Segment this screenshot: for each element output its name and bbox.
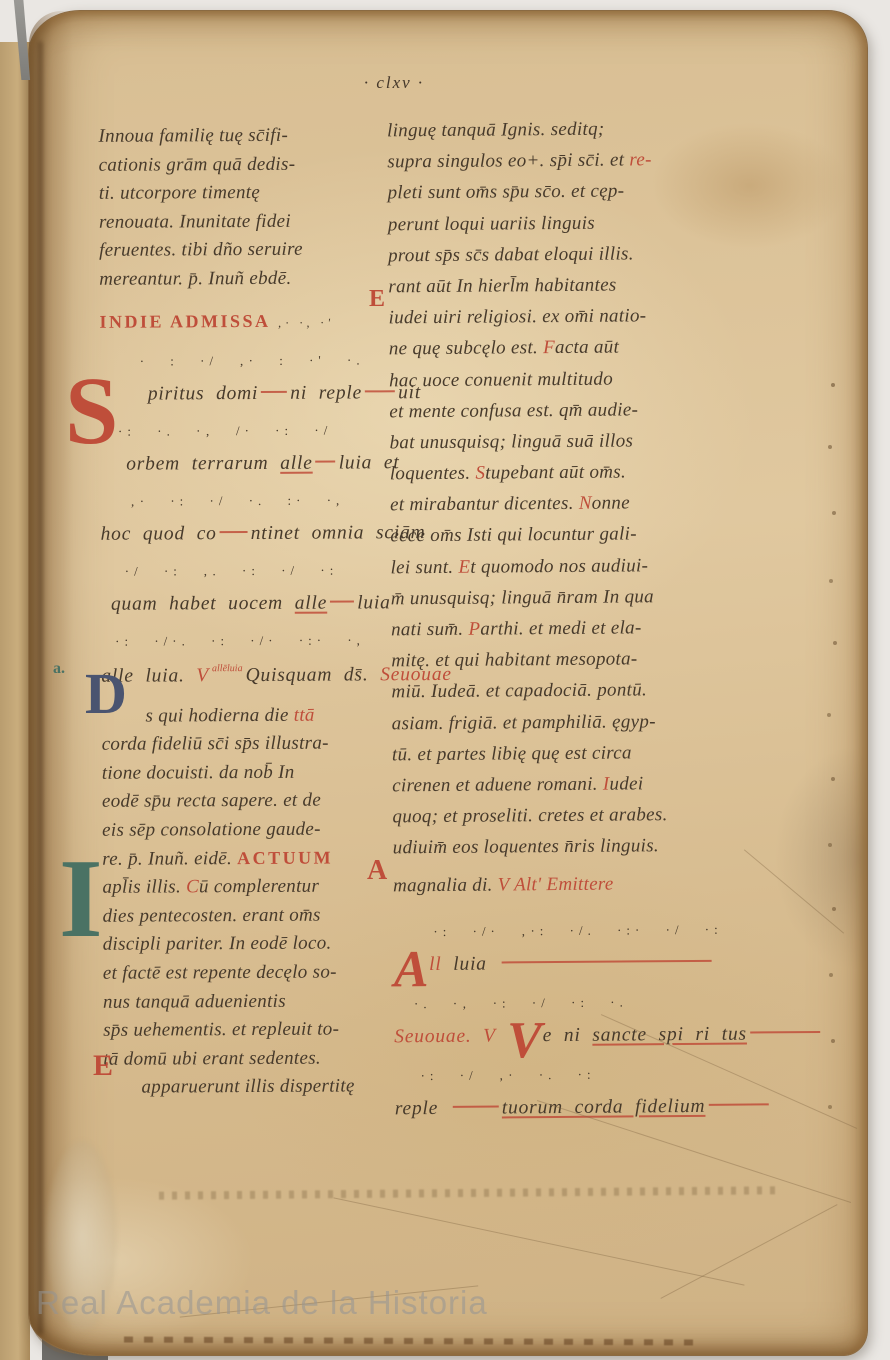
text-segment: INDIE ADMISSA bbox=[99, 310, 270, 331]
text-line: cirenen et aduene romani. Iudei bbox=[392, 773, 732, 807]
text-segment: ne quę subcęlo est. bbox=[389, 337, 543, 359]
text-segment: s qui hodierna die bbox=[145, 704, 293, 726]
text-segment: C bbox=[186, 876, 199, 897]
text-line: supra singulos eo+. sp̄i sc̄i. et re- bbox=[387, 149, 727, 183]
text-segment: perunt loqui uariis linguis bbox=[388, 212, 595, 235]
text-segment: rant aūt In hierl̄m habitantes bbox=[388, 274, 616, 297]
text-line: Seuouae. V Ve ni sancte spi ri tus bbox=[394, 1023, 734, 1062]
neume-line: ‚· ·: ·/ ·. :· ·, bbox=[100, 486, 402, 524]
folio-number: · clxv · bbox=[329, 73, 459, 93]
text-line: re. p̄. Inuñ. eidē. ACTUUM bbox=[102, 847, 404, 877]
text-segment: e ni bbox=[543, 1024, 593, 1045]
text-segment: m̄ unusquisq; linguā n̄ram In qua bbox=[391, 586, 654, 609]
text-line: et mente confusa est. qm̄ audie- bbox=[389, 398, 729, 432]
text-segment: sp̄s uehementis. et repleuit to- bbox=[103, 1019, 339, 1041]
text-segment: apl̄is illis. bbox=[102, 876, 186, 897]
text-segment: V Alt' Emittere bbox=[498, 873, 614, 895]
text-segment: ū complerentur bbox=[199, 876, 319, 898]
text-segment: piritus domi bbox=[148, 383, 259, 405]
initial-e-apparuerunt: E bbox=[93, 1051, 113, 1081]
text-line: tū. et partes libię quę est circa bbox=[392, 741, 732, 775]
scratch-mark bbox=[660, 1204, 837, 1299]
text-line: rant aūt In hierl̄m habitantes bbox=[388, 274, 728, 308]
facing-page-edge bbox=[0, 42, 30, 1360]
rubric-line: INDIE ADMISSA ‚· ·, ·' bbox=[99, 310, 401, 348]
text-segment: alle bbox=[295, 592, 328, 613]
text-line: Innoua familię tuę sc̄ifi- bbox=[98, 124, 400, 154]
text-segment: ·. ·‚ ·: ·/ ·: ·. bbox=[414, 994, 628, 1011]
text-segment: ll bbox=[429, 954, 442, 975]
text-segment: ‚· ·: ·/ ·. :· ·, bbox=[130, 492, 344, 508]
text-line: et factē est repente decęlo so- bbox=[103, 961, 405, 991]
text-segment: luia bbox=[357, 592, 391, 613]
text-line: eodē sp̄u recta sapere. et de bbox=[102, 790, 404, 820]
text-segment: udiuim̄ eos loquentes n̄ris linguis. bbox=[393, 836, 659, 859]
text-segment: ni reple bbox=[290, 382, 362, 403]
prick-marks bbox=[831, 383, 835, 387]
text-line: feruentes. tibi dño seruire bbox=[99, 239, 401, 269]
text-segment: cirenen et aduene romani. bbox=[392, 774, 603, 797]
text-line: lei sunt. Et quomodo nos audiui- bbox=[390, 554, 730, 588]
text-line: renouata. Inunitate fidei bbox=[99, 210, 401, 240]
text-segment: hoc quod co bbox=[101, 523, 217, 545]
text-segment: F bbox=[543, 337, 555, 358]
initial-s-spiritus: S bbox=[65, 363, 118, 459]
text-segment: acta aūt bbox=[555, 337, 619, 359]
text-segment: onne bbox=[592, 493, 630, 514]
text-segment: pleti sunt om̄s sp̄u sc̄o. et cęp- bbox=[388, 181, 625, 204]
text-segment: cationis grām quā dedis- bbox=[99, 153, 296, 175]
text-segment: lei sunt. bbox=[390, 556, 458, 578]
text-line: iudei uiri religiosi. ex om̄i natio- bbox=[388, 305, 728, 339]
text-line: perunt loqui uariis linguis bbox=[388, 211, 728, 245]
text-segment: Quisquam ds̄. bbox=[246, 664, 381, 686]
text-segment: ·: ·/· ‚·: ·/. ·:· ·/ ·: bbox=[433, 921, 722, 938]
neume-line: ·: ·/· ‚·: ·/. ·:· ·/ ·: bbox=[393, 915, 733, 954]
scratch-mark bbox=[333, 1197, 744, 1285]
text-line: magnalia di. V Alt' Emittere bbox=[393, 872, 733, 906]
text-line: tā domū ubi erant sedentes. bbox=[103, 1047, 405, 1077]
text-segment: ·: ·/·. ·: ·/· ·:· ·, bbox=[115, 632, 365, 648]
text-segment: allēluia bbox=[212, 663, 243, 674]
text-segment: quam habet uocem bbox=[111, 592, 295, 614]
text-segment: iudei uiri religiosi. ex om̄i natio- bbox=[388, 305, 646, 328]
text-segment: ACTUUM bbox=[237, 847, 333, 868]
text-segment: N bbox=[579, 493, 592, 514]
text-segment: ttā bbox=[294, 704, 315, 725]
red-filler-line bbox=[708, 1103, 768, 1105]
text-segment: tā domū ubi erant sedentes. bbox=[103, 1047, 321, 1069]
text-line: udiuim̄ eos loquentes n̄ris linguis. bbox=[393, 835, 733, 869]
text-line: ne quę subcęlo est. Facta aūt bbox=[389, 336, 729, 370]
text-segment: prout sp̄s sc̄s dabat eloqui illis. bbox=[388, 243, 634, 266]
text-segment: feruentes. tibi dño seruire bbox=[99, 239, 303, 261]
text-segment: alle bbox=[280, 452, 313, 473]
text-segment: nati sum̄. bbox=[391, 619, 469, 641]
text-segment: eis sēp consolatione gaude- bbox=[102, 819, 321, 841]
neume-line: ·: ·/ ‚· ·. ·: bbox=[394, 1059, 734, 1098]
text-line: ti. utcorpore timentę bbox=[99, 181, 401, 211]
text-segment: Innoua familię tuę sc̄ifi- bbox=[98, 125, 288, 147]
text-segment: tupebant aūt om̄s. bbox=[485, 462, 626, 484]
text-line: s qui hodierna die ttā bbox=[101, 704, 403, 734]
text-segment: asiam. frigiā. et pamphiliā. ęgyp- bbox=[392, 711, 656, 734]
text-line: et mirabantur dicentes. Nonne bbox=[390, 492, 730, 526]
text-segment: mitę. et qui habitant mesopota- bbox=[391, 649, 637, 672]
text-line: corda fideliū sc̄i sp̄s illustra- bbox=[102, 732, 404, 762]
text-line: asiam. frigiā. et pamphiliā. ęgyp- bbox=[392, 710, 732, 744]
text-segment: arthi. et medi et ela- bbox=[480, 617, 641, 639]
red-filler-line bbox=[750, 1031, 820, 1034]
show-through-marks bbox=[159, 1186, 779, 1199]
text-segment: apparuerunt illis dispertitę bbox=[141, 1076, 354, 1098]
text-segment: loquentes. bbox=[390, 463, 476, 485]
gutter-crease bbox=[38, 41, 43, 1335]
text-segment: ·: ·. ·‚ /· ·: ·/ bbox=[118, 422, 332, 438]
text-line: miū. Iudeā. et capadociā. pontū. bbox=[391, 679, 731, 713]
text-segment: ·: ·/ ‚· ·. ·: bbox=[420, 1066, 595, 1082]
text-segment: V bbox=[196, 665, 209, 686]
text-segment: re. p̄. Inuñ. eidē. bbox=[102, 848, 237, 870]
red-filler-line bbox=[501, 960, 711, 964]
text-line: eis sēp consolatione gaude- bbox=[102, 818, 404, 848]
text-segment: tū. et partes libię quę est circa bbox=[392, 742, 632, 765]
text-segment: · : ·/ ‚· : ·' ·. bbox=[140, 352, 365, 368]
text-line: alle luia. VallēluiaQuisquam ds̄. Seuoua… bbox=[101, 662, 403, 698]
red-filler-line bbox=[316, 460, 336, 462]
marginal-initial-a-audivimus: A bbox=[367, 857, 387, 885]
text-segment: renouata. Inunitate fidei bbox=[99, 211, 291, 233]
text-segment: discipli pariter. In eodē loco. bbox=[103, 933, 332, 955]
text-segment: supra singulos eo+. sp̄i sc̄i. et bbox=[387, 150, 629, 173]
text-segment: E bbox=[458, 556, 470, 577]
text-segment: dies pentecosten. erant om̄s bbox=[103, 904, 321, 926]
marginal-initial-e-erant: E bbox=[369, 287, 385, 311]
text-line: bat unusquisq; linguā suā illos bbox=[389, 430, 729, 464]
text-line: All luia bbox=[394, 951, 734, 990]
text-line: sp̄s uehementis. et repleuit to- bbox=[103, 1018, 405, 1048]
text-segment: tuorum corda fidelium bbox=[502, 1096, 706, 1119]
text-line: apparuerunt illis dispertitę bbox=[103, 1075, 405, 1105]
text-segment: re- bbox=[629, 149, 652, 170]
text-line: pleti sunt om̄s sp̄u sc̄o. et cęp- bbox=[388, 180, 728, 214]
text-segment: et mente confusa est. qm̄ audie- bbox=[389, 399, 638, 422]
text-segment: tione docuisti. da nob̄ In bbox=[102, 762, 295, 784]
text-line: quam habet uocem alleluia bbox=[101, 592, 403, 628]
manuscript-scan: · clxv · Innoua familię tuę sc̄ifi-catio… bbox=[0, 0, 890, 1360]
text-line: linguę tanquā Ignis. seditq; bbox=[387, 118, 727, 152]
text-segment: magnalia di. bbox=[393, 874, 498, 896]
text-line: piritus domini repleuit bbox=[100, 382, 402, 418]
text-line: mitę. et qui habitant mesopota- bbox=[391, 648, 731, 682]
text-segment: nus tanquā aduenientis bbox=[103, 990, 286, 1012]
initial-d-deus: D bbox=[85, 665, 127, 723]
neume-line: ·/ ·: ‚. ·: ·/ ·: bbox=[101, 556, 403, 594]
text-line: prout sp̄s sc̄s dabat eloqui illis. bbox=[388, 242, 728, 276]
neume-line: ·: ·. ·‚ /· ·: ·/ bbox=[100, 416, 402, 454]
text-line: reple tuorum corda fidelium bbox=[395, 1095, 735, 1134]
text-line: hoc quod continet omnia sciām bbox=[101, 522, 403, 558]
text-segment: sancte spi ri tus bbox=[592, 1023, 747, 1045]
text-segment: quoq; et proseliti. cretes et arabes. bbox=[392, 804, 667, 827]
text-segment: P bbox=[468, 619, 480, 640]
neume-line: · : ·/ ‚· : ·' ·. bbox=[100, 346, 402, 384]
text-line: nus tanquā aduenientis bbox=[103, 990, 405, 1020]
text-segment: ti. utcorpore timentę bbox=[99, 182, 260, 204]
text-line: nati sum̄. Parthi. et medi et ela- bbox=[391, 617, 731, 651]
text-line: hac uoce conuenit multitudo bbox=[389, 367, 729, 401]
red-filler-line bbox=[330, 600, 354, 602]
text-column-left: Innoua familię tuę sc̄ifi-cationis grām … bbox=[98, 124, 405, 1105]
text-segment: orbem terrarum bbox=[126, 452, 280, 474]
text-segment: ecce om̄s Isti qui locuntur gali- bbox=[390, 524, 637, 547]
text-line: orbem terrarum alleluia et bbox=[100, 452, 402, 488]
manuscript-page: · clxv · Innoua familię tuę sc̄ifi-catio… bbox=[28, 10, 868, 1356]
text-column-right: linguę tanquā Ignis. seditq;supra singul… bbox=[387, 118, 735, 1134]
text-segment: reple bbox=[395, 1098, 450, 1119]
text-segment: mereantur. p̄. Inuñ ebdē. bbox=[99, 268, 291, 290]
text-segment: luia bbox=[441, 953, 498, 974]
text-line: discipli pariter. In eodē loco. bbox=[103, 933, 405, 963]
text-segment: t quomodo nos audiui- bbox=[470, 555, 648, 577]
text-segment: ·/ ·: ‚. ·: ·/ ·: bbox=[125, 562, 339, 578]
red-filler-line bbox=[261, 390, 287, 392]
text-segment: corda fideliū sc̄i sp̄s illustra- bbox=[102, 733, 329, 755]
text-line: apl̄is illis. Cū complerentur bbox=[102, 875, 404, 905]
text-segment: et mirabantur dicentes. bbox=[390, 493, 579, 515]
text-line: m̄ unusquisq; linguā n̄ram In qua bbox=[391, 585, 731, 619]
neume-line: ·: ·/·. ·: ·/· ·:· ·, bbox=[101, 626, 403, 664]
scratch-mark bbox=[744, 849, 844, 933]
initial-i-green: I bbox=[59, 843, 103, 955]
red-filler-line bbox=[220, 531, 248, 533]
text-segment: Seuouae. V bbox=[394, 1025, 507, 1047]
text-line: tione docuisti. da nob̄ In bbox=[102, 761, 404, 791]
text-segment: ‚· ·, ·' bbox=[270, 315, 334, 329]
library-watermark: Real Academia de la Historia bbox=[36, 1284, 488, 1322]
red-filler-line bbox=[453, 1105, 499, 1107]
text-segment: miū. Iudeā. et capadociā. pontū. bbox=[391, 680, 647, 703]
marginal-gloss-a: a. bbox=[53, 661, 65, 677]
neume-line: ·. ·‚ ·: ·/ ·: ·. bbox=[394, 987, 734, 1026]
text-segment: hac uoce conuenit multitudo bbox=[389, 368, 613, 391]
text-segment: et factē est repente decęlo so- bbox=[103, 961, 337, 983]
text-line: ecce om̄s Isti qui locuntur gali- bbox=[390, 523, 730, 557]
text-segment: bat unusquisq; linguā suā illos bbox=[389, 430, 633, 453]
text-line: cationis grām quā dedis- bbox=[99, 153, 401, 183]
text-line: quoq; et proseliti. cretes et arabes. bbox=[392, 804, 732, 838]
text-segment: udei bbox=[609, 773, 643, 794]
text-line: mereantur. p̄. Inuñ ebdē. bbox=[99, 267, 401, 297]
text-segment: linguę tanquā Ignis. seditq; bbox=[387, 119, 605, 142]
text-segment: eodē sp̄u recta sapere. et de bbox=[102, 790, 321, 812]
text-line: loquentes. Stupebant aūt om̄s. bbox=[390, 461, 730, 495]
edge-speckle-marks bbox=[124, 1337, 694, 1346]
text-line: dies pentecosten. erant om̄s bbox=[103, 904, 405, 934]
